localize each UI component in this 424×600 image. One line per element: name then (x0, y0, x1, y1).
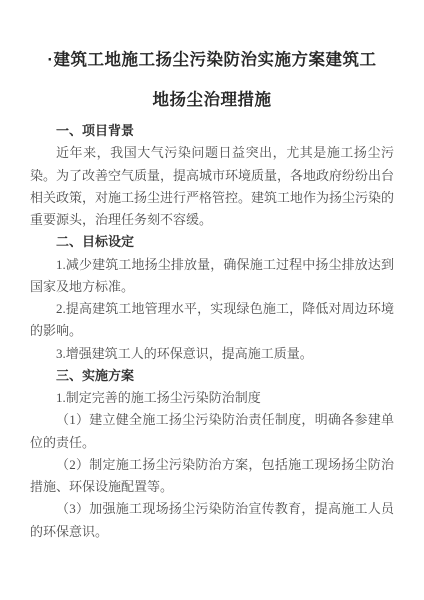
paragraph: （2）制定施工扬尘污染防治方案，包括施工现场扬尘防治措施、环保设施配置等。 (30, 454, 394, 499)
paragraph: （3）加强施工现场扬尘污染防治宣传教育，提高施工人员的环保意识。 (30, 498, 394, 543)
document-title: ·建筑工地施工扬尘污染防治实施方案建筑工 地扬尘治理措施 (30, 40, 394, 120)
paragraph: 1.减少建筑工地扬尘排放量，确保施工过程中扬尘排放达到国家及地方标准。 (30, 254, 394, 299)
section-heading: 三、实施方案 (30, 365, 394, 387)
section-heading: 二、目标设定 (30, 231, 394, 253)
title-line-2: 地扬尘治理措施 (30, 80, 394, 120)
document-body: 一、项目背景近年来，我国大气污染问题日益突出，尤其是施工扬尘污染。为了改善空气质… (30, 120, 394, 543)
paragraph: 2.提高建筑工地管理水平，实现绿色施工，降低对周边环境的影响。 (30, 298, 394, 343)
section-3: 三、实施方案1.制定完善的施工扬尘污染防治制度（1）建立健全施工扬尘污染防治责任… (30, 365, 394, 543)
paragraph: 1.制定完善的施工扬尘污染防治制度 (30, 387, 394, 409)
document-page: ·建筑工地施工扬尘污染防治实施方案建筑工 地扬尘治理措施 一、项目背景近年来，我… (0, 0, 424, 600)
paragraph: 3.增强建筑工人的环保意识，提高施工质量。 (30, 343, 394, 365)
section-2: 二、目标设定1.减少建筑工地扬尘排放量，确保施工过程中扬尘排放达到国家及地方标准… (30, 231, 394, 365)
title-line-1: ·建筑工地施工扬尘污染防治实施方案建筑工 (30, 40, 394, 80)
paragraph: 近年来，我国大气污染问题日益突出，尤其是施工扬尘污染。为了改善空气质量，提高城市… (30, 142, 394, 231)
paragraph: （1）建立健全施工扬尘污染防治责任制度，明确各参建单位的责任。 (30, 409, 394, 454)
section-1: 一、项目背景近年来，我国大气污染问题日益突出，尤其是施工扬尘污染。为了改善空气质… (30, 120, 394, 231)
section-heading: 一、项目背景 (30, 120, 394, 142)
